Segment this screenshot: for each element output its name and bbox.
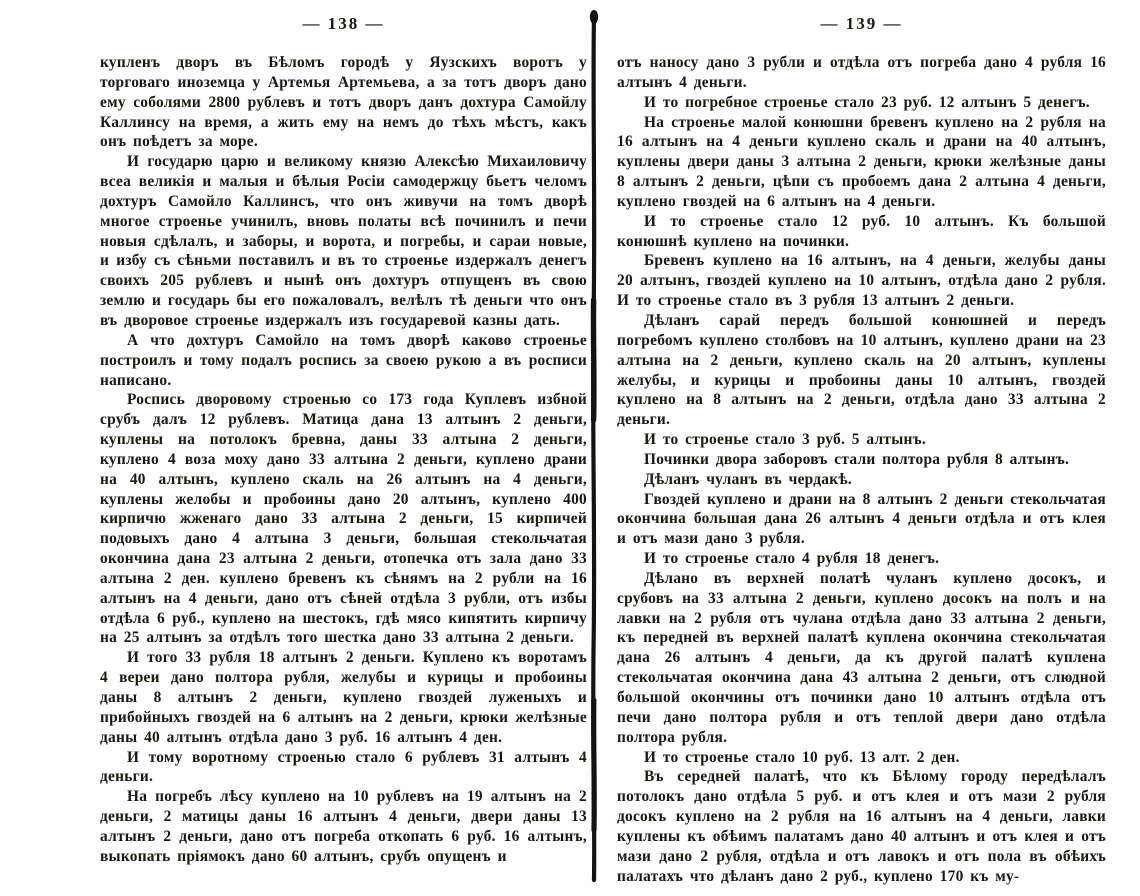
page-138: — 138 — купленъ дворъ въ Бѣломъ городѣ у…	[100, 14, 587, 867]
paragraph: Бревенъ куплено на 16 алтынъ, на 4 деньг…	[617, 251, 1106, 311]
paragraph: отъ наносу дано 3 рубли и отдѣла отъ пог…	[617, 53, 1106, 93]
paragraph: Въ середней палатѣ, что къ Бѣлому городу…	[617, 767, 1106, 886]
paragraph: И то строенье стало 3 руб. 5 алтынъ.	[617, 430, 1106, 450]
page-138-text: купленъ дворъ въ Бѣломъ городѣ у Яузских…	[100, 53, 587, 867]
paragraph: На строенье малой конюшни бревенъ куплен…	[617, 113, 1106, 212]
paragraph: И то строенье стало 12 руб. 10 алтынъ. К…	[617, 212, 1106, 252]
paragraph: Роспись дворовому строенью со 173 года К…	[100, 390, 587, 648]
paragraph: Починки двора заборовъ стали полтора руб…	[617, 450, 1106, 470]
page-139-text: отъ наносу дано 3 рубли и отдѣла отъ пог…	[617, 53, 1106, 886]
paragraph: И того 33 рубля 18 алтынъ 2 деньги. Купл…	[100, 648, 587, 747]
paragraph: Дѣланъ сарай передъ большой конюшней и п…	[617, 311, 1106, 430]
paragraph: И тому воротному строенью стало 6 рублев…	[100, 748, 587, 788]
paragraph: Дѣлано въ верхней полатѣ чуланъ куплено …	[617, 569, 1106, 748]
page-139: — 139 — отъ наносу дано 3 рубли и отдѣла…	[617, 14, 1106, 886]
paragraph: И государю царю и великому князю Алексѣю…	[100, 152, 587, 331]
book-gutter-line	[586, 0, 602, 896]
paragraph: На погребъ лѣсу куплено на 10 рублевъ на…	[100, 787, 587, 866]
paragraph: Дѣланъ чуланъ въ чердакѣ.	[617, 470, 1106, 490]
book-spread: — 138 — купленъ дворъ въ Бѣломъ городѣ у…	[0, 0, 1140, 896]
paragraph: Гвоздей куплено и драни на 8 алтынъ 2 де…	[617, 490, 1106, 550]
page-number-left: — 138 —	[100, 14, 587, 34]
paragraph: И то строенье стало 4 рубля 18 денегъ.	[617, 549, 1106, 569]
page-number-right: — 139 —	[617, 14, 1106, 34]
paragraph: И то погребное строенье стало 23 руб. 12…	[617, 93, 1106, 113]
paragraph: А что дохтуръ Самойло на томъ дворѣ како…	[100, 331, 587, 391]
paragraph: купленъ дворъ въ Бѣломъ городѣ у Яузских…	[100, 53, 587, 152]
paragraph: И то строенье стало 10 руб. 13 алт. 2 де…	[617, 748, 1106, 768]
